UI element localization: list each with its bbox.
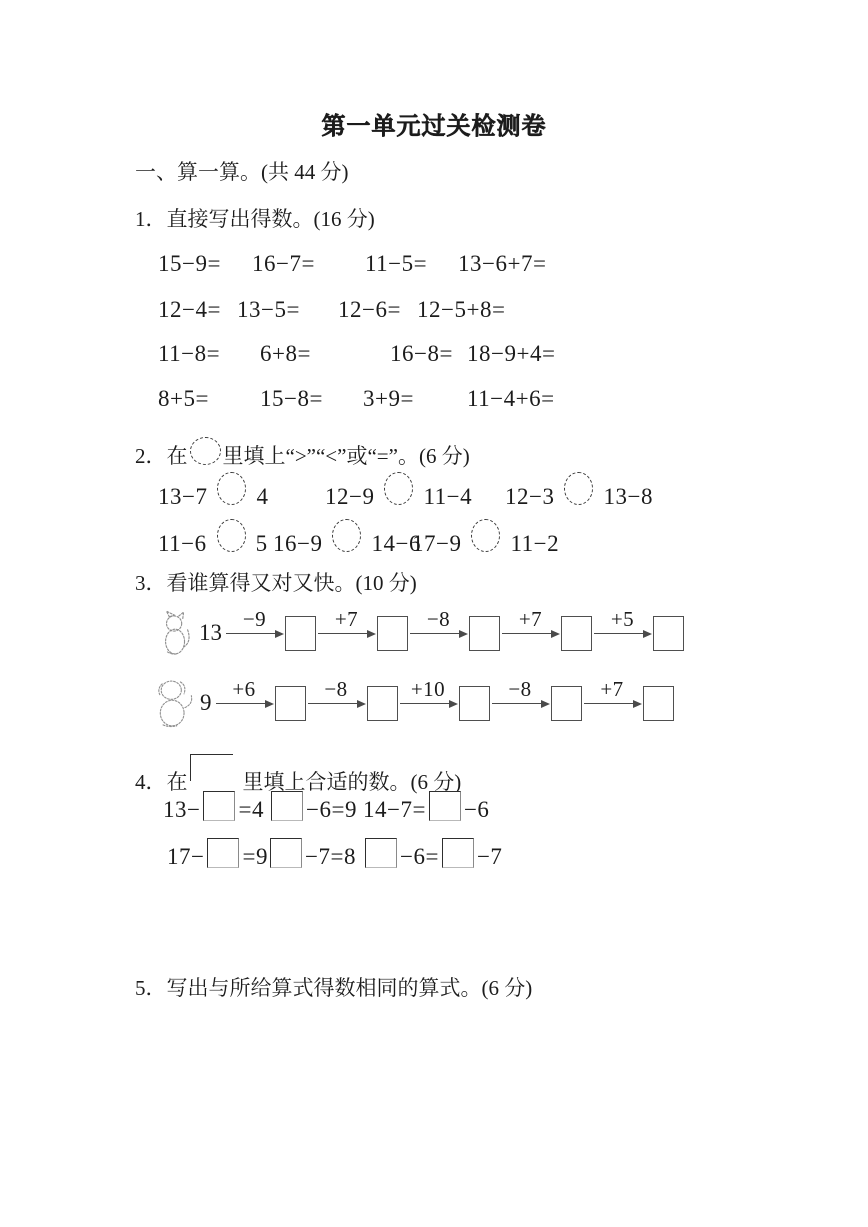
answer-box: [442, 838, 474, 868]
q4-heading: 4．在里填上合适的数。(6 分): [135, 754, 461, 796]
answer-box: [469, 616, 500, 651]
operation-label: −8: [492, 677, 549, 702]
comparison-item: 12−9 11−4: [325, 480, 472, 513]
equation-text: −6=9: [306, 797, 357, 822]
answer-box: [203, 791, 235, 821]
arrow-right-icon: +10: [400, 686, 457, 720]
q1-row: 8+5= 15−8= 3+9= 11−4+6=: [0, 386, 868, 422]
chain-start-number: 13: [199, 620, 222, 646]
right-expression: 11−2: [510, 531, 559, 557]
answer-box: [653, 616, 684, 651]
arrow-right-icon: +6: [216, 686, 273, 720]
answer-box: [561, 616, 592, 651]
equation-text: 17−: [167, 844, 204, 869]
comparison-item: 13−7 4: [158, 480, 268, 513]
fill-equation: −6=−7: [362, 838, 502, 870]
math-expression: 11−4+6=: [467, 386, 555, 412]
math-expression: 16−7=: [252, 251, 315, 277]
answer-circle: [384, 472, 413, 505]
answer-box: [207, 838, 239, 868]
math-expression: 12−6=: [338, 297, 401, 323]
answer-box: [270, 838, 302, 868]
equation-text: −6: [464, 797, 489, 822]
worksheet-page: { "title": "第一单元过关检测卷", "section1": { "h…: [0, 0, 868, 1227]
arrow-right-icon: −9: [226, 616, 283, 650]
right-expression: 11−4: [423, 484, 472, 510]
fill-equation: −6=9: [268, 791, 357, 823]
comparison-item: 17−9 11−2: [412, 527, 559, 560]
answer-circle: [332, 519, 361, 552]
squirrel-icon: [158, 610, 194, 656]
comparison-item: 11−6 5: [158, 527, 268, 560]
square-symbol-icon: [190, 754, 233, 781]
left-expression: 12−3: [505, 484, 554, 510]
arrow-right-icon: +7: [584, 686, 641, 720]
right-expression: 5: [256, 531, 268, 557]
q1-row: 12−4= 13−5= 12−6= 12−5+8=: [0, 297, 868, 333]
equation-text: −7=8: [305, 844, 356, 869]
operation-label: +7: [502, 607, 559, 632]
fill-equation: 14−7=−6: [363, 791, 489, 823]
answer-box: [275, 686, 306, 721]
number-chain: 9 +6 −8 +10 −8 +7: [153, 676, 674, 730]
q3-heading: 3．看谁算得又对又快。(10 分): [135, 569, 417, 597]
math-expression: 12−5+8=: [417, 297, 505, 323]
operation-label: +10: [400, 677, 457, 702]
answer-circle: [217, 472, 246, 505]
number-chain: 13 −9 +7 −8 +7 +5: [158, 610, 684, 656]
answer-box: [271, 791, 303, 821]
answer-box: [459, 686, 490, 721]
q1-row: 15−9= 16−7= 11−5= 13−6+7=: [0, 251, 868, 287]
arrow-right-icon: +5: [594, 616, 651, 650]
operation-label: +7: [584, 677, 641, 702]
right-expression: 13−8: [603, 484, 652, 510]
answer-box: [365, 838, 397, 868]
fill-equation: 17−=9: [167, 838, 268, 870]
left-expression: 11−6: [158, 531, 207, 557]
math-expression: 15−8=: [260, 386, 323, 412]
math-expression: 18−9+4=: [467, 341, 555, 367]
math-expression: 11−5=: [365, 251, 427, 277]
operation-label: −8: [410, 607, 467, 632]
fill-equation: −7=8: [267, 838, 356, 870]
left-expression: 17−9: [412, 531, 461, 557]
math-expression: 16−8=: [390, 341, 453, 367]
fill-equation: 13−=4: [163, 791, 264, 823]
answer-circle: [471, 519, 500, 552]
answer-box: [643, 686, 674, 721]
math-expression: 6+8=: [260, 341, 311, 367]
answer-box: [367, 686, 398, 721]
equation-text: =4: [238, 797, 263, 822]
math-expression: 8+5=: [158, 386, 209, 412]
math-expression: 13−5=: [237, 297, 300, 323]
equation-text: =9: [242, 844, 267, 869]
q5-heading: 5．写出与所给算式得数相同的算式。(6 分): [135, 974, 532, 1002]
equation-text: −6=: [400, 844, 439, 869]
equation-text: 14−7=: [363, 797, 426, 822]
operation-label: +5: [594, 607, 651, 632]
equation-text: 13−: [163, 797, 200, 822]
comparison-item: 16−9 14−6: [273, 527, 421, 560]
operation-label: −8: [308, 677, 365, 702]
left-expression: 16−9: [273, 531, 322, 557]
answer-box: [551, 686, 582, 721]
circle-symbol-icon: [190, 437, 221, 465]
math-expression: 3+9=: [363, 386, 414, 412]
arrow-right-icon: +7: [502, 616, 559, 650]
equation-text: −7: [477, 844, 502, 869]
math-expression: 15−9=: [158, 251, 221, 277]
operation-label: −9: [226, 607, 283, 632]
answer-box: [377, 616, 408, 651]
page-title: 第一单元过关检测卷: [0, 106, 868, 141]
comparison-item: 12−3 13−8: [505, 480, 653, 513]
arrow-right-icon: −8: [410, 616, 467, 650]
answer-circle: [564, 472, 593, 505]
operation-label: +6: [216, 677, 273, 702]
arrow-right-icon: −8: [492, 686, 549, 720]
q2-heading-prefix: 2．在: [135, 444, 188, 468]
chain-start-number: 9: [200, 690, 212, 716]
math-expression: 13−6+7=: [458, 251, 546, 277]
answer-box: [285, 616, 316, 651]
answer-circle: [217, 519, 246, 552]
left-expression: 13−7: [158, 484, 207, 510]
operation-label: +7: [318, 607, 375, 632]
left-expression: 12−9: [325, 484, 374, 510]
section-heading: 一、算一算。(共 44 分): [135, 158, 349, 186]
puppy-icon: [153, 676, 195, 730]
math-expression: 11−8=: [158, 341, 220, 367]
answer-box: [429, 791, 461, 821]
q2-heading-suffix: 里填上“>”“<”或“=”。(6 分): [223, 444, 470, 468]
arrow-right-icon: −8: [308, 686, 365, 720]
arrow-right-icon: +7: [318, 616, 375, 650]
q2-heading: 2．在里填上“>”“<”或“=”。(6 分): [135, 437, 470, 470]
math-expression: 12−4=: [158, 297, 221, 323]
right-expression: 4: [256, 484, 268, 510]
q1-row: 11−8= 6+8= 16−8= 18−9+4=: [0, 341, 868, 377]
q1-heading: 1．直接写出得数。(16 分): [135, 205, 375, 233]
